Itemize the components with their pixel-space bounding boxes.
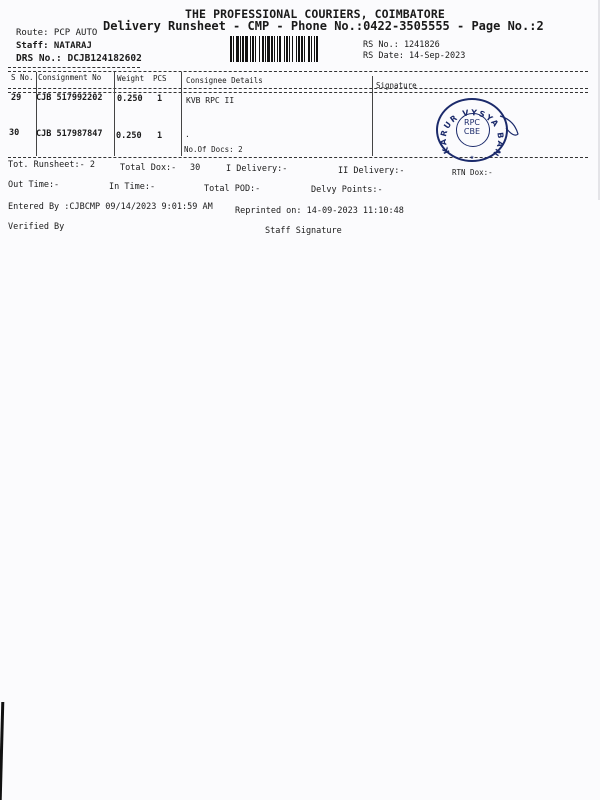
row-consignee: KVB RPC II (186, 96, 234, 105)
scan-edge (0, 702, 4, 800)
column-header-sno: S No. (11, 73, 34, 82)
stamp-line1: RPC (456, 118, 488, 127)
staff-signature: Staff Signature (265, 226, 342, 236)
first-delivery: I Delivery:- (226, 164, 287, 174)
rs-date: RS Date: 14-Sep-2023 (363, 51, 465, 61)
column-rule (114, 72, 115, 156)
svg-text:★: ★ (470, 153, 475, 161)
no-of-docs: No.Of Docs: 2 (184, 145, 243, 154)
column-rule (181, 72, 182, 156)
row-sno: 29 (11, 93, 21, 103)
total-dox-value: 30 (190, 163, 200, 173)
out-time: Out Time:- (8, 180, 59, 190)
row-weight: 0.250 (117, 94, 143, 104)
divider (8, 88, 588, 89)
column-header-weight: Weight (117, 74, 144, 83)
bank-stamp: KARUR VYSYA BANK ★ RPC CBE (436, 98, 508, 162)
divider (8, 67, 140, 68)
delivery-points: Delvy Points:- (311, 185, 383, 195)
entered-by: Entered By :CJBCMP 09/14/2023 9:01:59 AM (8, 202, 213, 212)
total-runsheet: Tot. Runsheet:- 2 (8, 160, 95, 170)
row-pcs: 1 (157, 131, 162, 141)
barcode-icon (230, 36, 354, 62)
row-weight: 0.250 (116, 131, 142, 141)
second-delivery: II Delivery:- (338, 166, 405, 176)
row-sno: 30 (9, 128, 19, 138)
divider (8, 71, 588, 72)
column-header-consignee: Consignee Details (186, 76, 263, 85)
column-header-pcs: PCS (153, 74, 167, 83)
row-consignment-no: CJB 517987847 (36, 129, 103, 139)
row-consignee: . (185, 130, 190, 139)
column-header-consignment: Consignment No (38, 73, 101, 82)
row-consignment-no: CJB 517992202 (36, 93, 103, 103)
verified-by: Verified By (8, 222, 64, 232)
total-pod: Total POD:- (204, 184, 260, 194)
staff-label: Staff: NATARAJ (16, 41, 92, 51)
column-header-signature: Signature (376, 81, 417, 90)
runsheet-subtitle: Delivery Runsheet - CMP - Phone No.:0422… (103, 19, 544, 33)
rtn-dox: RTN Dox:- (452, 168, 493, 177)
total-dox-label: Total Dox:- (120, 163, 176, 173)
reprinted-on: Reprinted on: 14-09-2023 11:10:48 (235, 206, 404, 216)
column-rule (372, 76, 373, 156)
row-pcs: 1 (157, 94, 162, 104)
in-time: In Time:- (109, 182, 155, 192)
drs-number: DRS No.: DCJB124182602 (16, 53, 142, 64)
stamp-line2: CBE (456, 127, 488, 136)
route-label: Route: PCP AUTO (16, 28, 97, 38)
rs-number: RS No.: 1241826 (363, 40, 440, 50)
column-rule (36, 72, 37, 156)
